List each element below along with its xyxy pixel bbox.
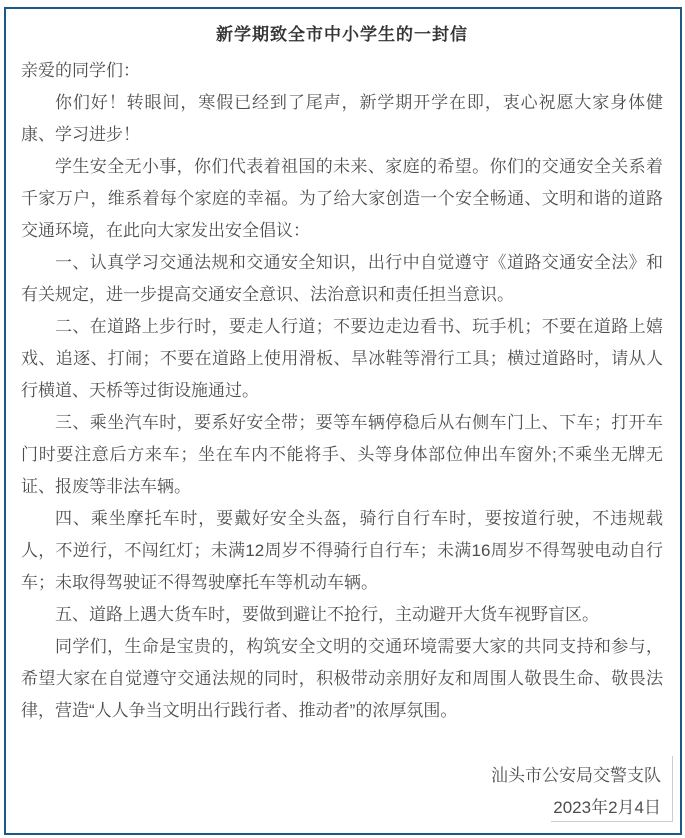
image-edge-line-horizontal	[551, 821, 673, 822]
letter-paragraph: 一、认真学习交通法规和交通安全知识，出行中自觉遵守《道路交通安全法》和有关规定，…	[21, 247, 663, 311]
letter-body: 你们好！转眼间，寒假已经到了尾声，新学期开学在即，衷心祝愿大家身体健康、学习进步…	[21, 87, 663, 727]
letter-paragraph: 二、在道路上步行时，要走人行道；不要边走边看书、玩手机；不要在道路上嬉戏、追逐、…	[21, 311, 663, 407]
letter-paragraph: 四、乘坐摩托车时，要戴好安全头盔，骑行自行车时，要按道行驶，不违规载人，不逆行，…	[21, 503, 663, 599]
signature-date: 2023年2月4日	[21, 792, 661, 824]
signature-org: 汕头市公安局交警支队	[21, 760, 661, 792]
letter-salutation: 亲爱的同学们：	[21, 55, 663, 87]
letter-page: 新学期致全市中小学生的一封信 亲爱的同学们： 你们好！转眼间，寒假已经到了尾声，…	[0, 0, 685, 838]
letter-sheet: 新学期致全市中小学生的一封信 亲爱的同学们： 你们好！转眼间，寒假已经到了尾声，…	[4, 7, 682, 835]
letter-paragraph: 五、道路上遇大货车时，要做到避让不抢行，主动避开大货车视野盲区。	[21, 599, 663, 631]
image-edge-line-vertical	[672, 756, 673, 822]
signature-block: 汕头市公安局交警支队 2023年2月4日	[21, 760, 663, 824]
letter-paragraph: 你们好！转眼间，寒假已经到了尾声，新学期开学在即，衷心祝愿大家身体健康、学习进步…	[21, 87, 663, 151]
letter-paragraph: 三、乘坐汽车时，要系好安全带；要等车辆停稳后从右侧车门上、下车；打开车门时要注意…	[21, 407, 663, 503]
letter-paragraph: 学生安全无小事，你们代表着祖国的未来、家庭的希望。你们的交通安全关系着千家万户，…	[21, 151, 663, 247]
letter-paragraph: 同学们，生命是宝贵的，构筑安全文明的交通环境需要大家的共同支持和参与，希望大家在…	[21, 631, 663, 727]
letter-title: 新学期致全市中小学生的一封信	[21, 20, 663, 50]
